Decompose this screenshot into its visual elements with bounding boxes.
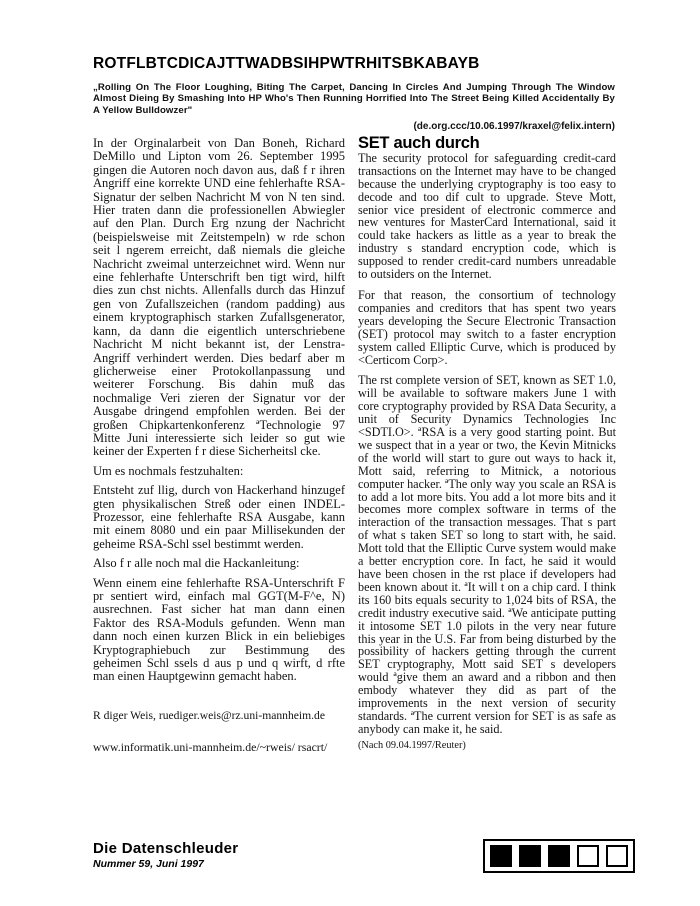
page-indicator-square-empty xyxy=(577,845,599,867)
article-subtitle: „Rolling On The Floor Loughing, Biting T… xyxy=(93,82,615,116)
left-column: In der Orginalarbeit von Dan Boneh, Rich… xyxy=(93,137,345,761)
page-indicator-square-empty xyxy=(606,845,628,867)
author-url: www.informatik.uni-mannheim.de/~rweis/ r… xyxy=(93,741,345,754)
paragraph: Entsteht zuf llig, durch von Hackerhand … xyxy=(93,484,345,551)
section-heading: SET auch durch xyxy=(358,137,616,150)
author-contact: R diger Weis, ruediger.weis@rz.uni-mannh… xyxy=(93,709,345,722)
issue-info: Nummer 59, Juni 1997 xyxy=(93,858,204,870)
news-source: (Nach 09.04.1997/Reuter) xyxy=(358,740,616,753)
page-indicator-square-filled xyxy=(548,845,570,867)
paragraph: Um es nochmals festzuhalten: xyxy=(93,465,345,478)
paragraph: The rst complete version of SET, known a… xyxy=(358,374,616,735)
paragraph: For that reason, the consortium of techn… xyxy=(358,289,616,366)
paragraph: Wenn einem eine fehlerhafte RSA-Untersch… xyxy=(93,577,345,684)
source-credit: (de.org.ccc/10.06.1997/kraxel@felix.inte… xyxy=(93,121,615,132)
article-title-acronym: ROTFLBTCDICAJTTWADBSIHPWTRHITSBKABAYB xyxy=(93,55,615,73)
magazine-title: Die Datenschleuder xyxy=(93,840,238,857)
page: ROTFLBTCDICAJTTWADBSIHPWTRHITSBKABAYB „R… xyxy=(0,0,700,906)
paragraph: In der Orginalarbeit von Dan Boneh, Rich… xyxy=(93,137,345,459)
article-body: In der Orginalarbeit von Dan Boneh, Rich… xyxy=(93,137,616,761)
article-header: ROTFLBTCDICAJTTWADBSIHPWTRHITSBKABAYB „R… xyxy=(93,55,615,132)
right-column: SET auch durch The security protocol for… xyxy=(358,137,616,761)
paragraph: Also f r alle noch mal die Hackanleitung… xyxy=(93,557,345,570)
page-indicator-square-filled xyxy=(490,845,512,867)
paragraph: The security protocol for safeguarding c… xyxy=(358,152,616,281)
page-indicator xyxy=(483,839,635,873)
page-indicator-square-filled xyxy=(519,845,541,867)
